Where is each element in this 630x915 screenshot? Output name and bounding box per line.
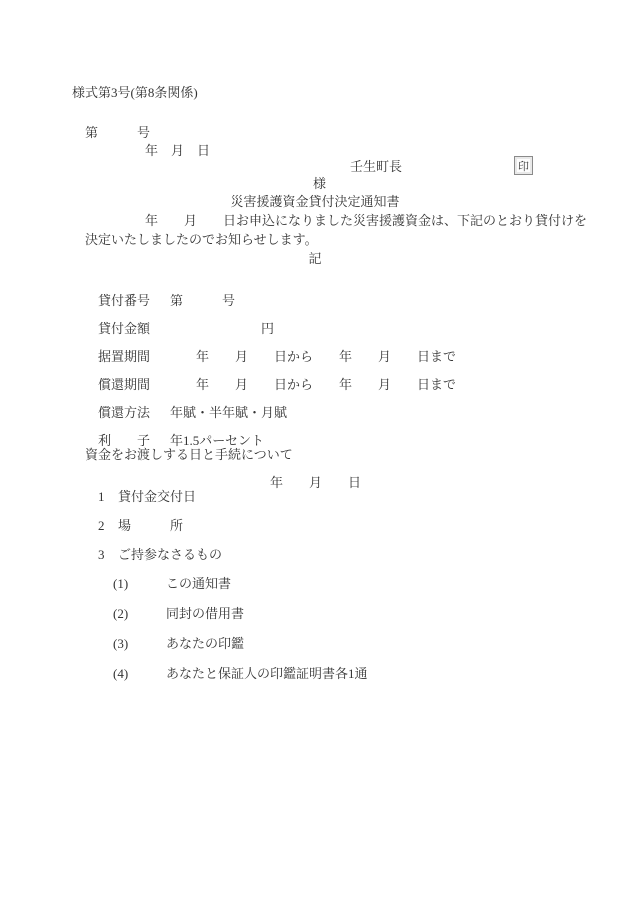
field-value: 年 月 日から 年 月 日まで [170, 349, 456, 364]
item-label: ご持参なさるもの [118, 547, 222, 562]
field-value: 円 [170, 321, 274, 336]
seal-stamp-icon: 印 [514, 156, 533, 175]
sub-item-text: この通知書 [166, 576, 231, 591]
item-value: 年 月 日 [270, 476, 361, 490]
form-number: 様式第3号(第8条関係) [72, 86, 198, 100]
field-label: 貸付金額 [98, 322, 170, 336]
field-label: 利 子 [98, 434, 170, 448]
seal-character: 印 [518, 158, 529, 174]
sub-item-text: あなたの印鑑 [166, 636, 244, 651]
procedure-heading: 資金をお渡しする日と手続について [85, 448, 293, 462]
issue-date-line: 年 月 日 [145, 144, 210, 158]
record-marker: 記 [0, 252, 630, 266]
item-label: 場 所 [118, 518, 183, 533]
sub-list-item-seal-certificates: (4)あなたと保証人の印鑑証明書各1通 [100, 653, 368, 695]
sub-item-text: あなたと保証人の印鑑証明書各1通 [166, 666, 368, 681]
sub-item-number: (2) [113, 607, 166, 621]
field-label: 償還期間 [98, 378, 170, 392]
field-label: 据置期間 [98, 350, 170, 364]
field-value: 年 月 日から 年 月 日まで [170, 377, 456, 392]
field-label: 償還方法 [98, 406, 170, 420]
body-line-1: 年 月 日お申込になりました災害援護資金は、下記のとおり貸付けを [145, 214, 587, 228]
field-label: 貸付番号 [98, 294, 170, 308]
sender-name: 壬生町長 [350, 160, 402, 174]
document-number-line: 第 号 [85, 126, 150, 140]
item-number: 1 [98, 490, 118, 504]
document-title: 災害援護資金貸付決定通知書 [0, 195, 630, 209]
field-value: 第 号 [170, 293, 235, 308]
sub-item-text: 同封の借用書 [166, 606, 244, 621]
item-number: 3 [98, 548, 118, 562]
addressee-suffix: 様 [313, 177, 326, 191]
sub-item-number: (4) [113, 667, 166, 681]
item-label: 貸付金交付日 [118, 489, 196, 504]
field-value: 年1.5パーセント [170, 433, 264, 448]
sub-item-number: (3) [113, 637, 166, 651]
item-number: 2 [98, 519, 118, 533]
document-page: 様式第3号(第8条関係) 第 号 年 月 日 壬生町長 印 様 災害援護資金貸付… [0, 0, 630, 915]
body-line-2: 決定いたしましたのでお知らせします。 [85, 233, 318, 247]
sub-item-number: (1) [113, 577, 166, 591]
field-value: 年賦・半年賦・月賦 [170, 405, 287, 420]
